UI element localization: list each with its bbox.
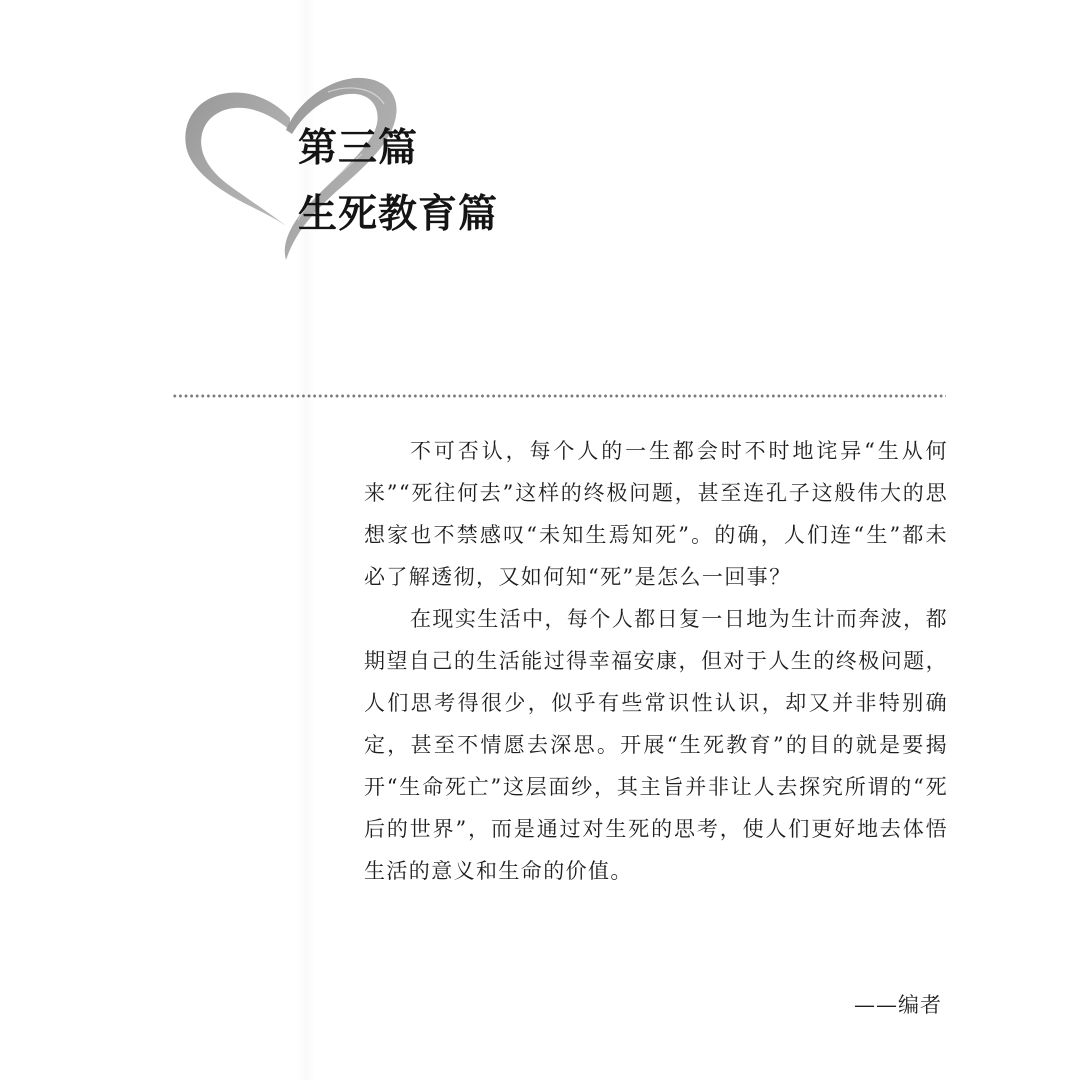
paragraph-1: 不可否认，每个人的一生都会时不时地诧异“生从何来”“死往何去”这样的终极问题，甚…: [364, 430, 948, 598]
paragraph-2: 在现实生活中，每个人都日复一日地为生计而奔波，都期望自己的生活能过得幸福安康，但…: [364, 598, 948, 892]
chapter-number: 第三篇: [298, 118, 498, 178]
intro-text: 不可否认，每个人的一生都会时不时地诧异“生从何来”“死往何去”这样的终极问题，甚…: [364, 430, 948, 892]
book-page: 第三篇 生死教育篇 不可否认，每个人的一生都会时不时地诧异“生从何来”“死往何去…: [0, 0, 1080, 1080]
dotted-divider: [172, 394, 946, 398]
chapter-title: 生死教育篇: [298, 184, 498, 244]
chapter-title-block: 第三篇 生死教育篇: [298, 118, 498, 244]
editor-signature: ——编者: [854, 984, 942, 1026]
